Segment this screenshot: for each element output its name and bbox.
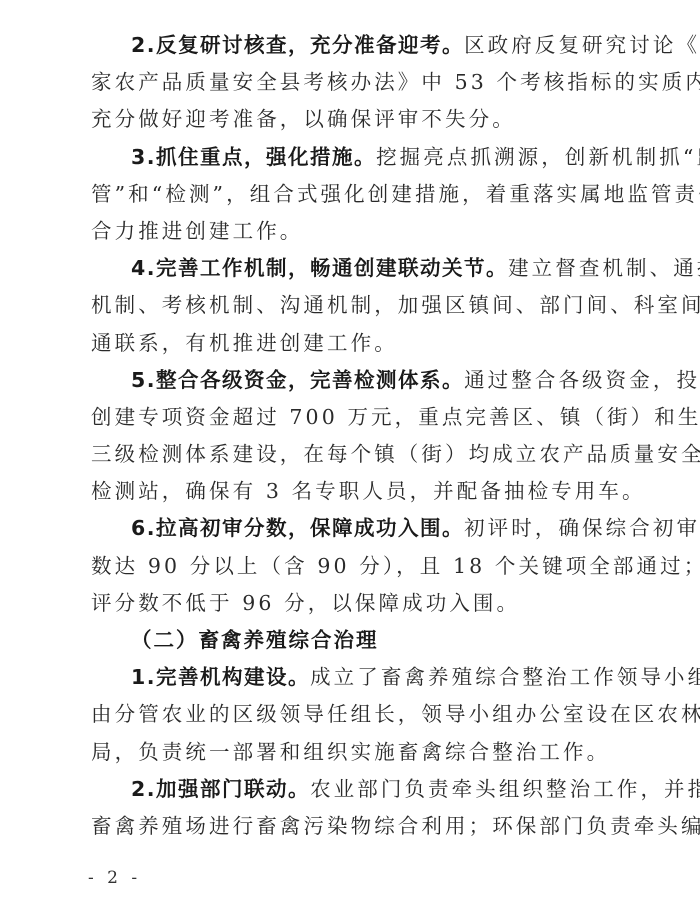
paragraph-lead: 6.拉高初审分数，保障成功入围。 (131, 516, 464, 540)
document-page: 2.反复研讨核查，充分准备迎考。区政府反复研究讨论《国 家农产品质量安全县考核办… (91, 27, 616, 845)
paragraph-lead: 5.整合各级资金，完善检测体系。 (131, 368, 464, 392)
paragraph-text: 挖掘亮点抓溯源，创新机制抓“监 (376, 145, 700, 169)
paragraph-text: 初评时，确保综合初审分 (464, 516, 700, 540)
paragraph-text: 通过整合各级资金，投入 (464, 368, 700, 392)
paragraph-lead: 4.完善工作机制，畅通创建联动关节。 (131, 256, 508, 280)
paragraph-line: 三级检测体系建设，在每个镇（街）均成立农产品质量安全监督 (91, 436, 616, 473)
paragraph-line: 合力推进创建工作。 (91, 213, 616, 250)
paragraph-line: 创建专项资金超过 700 万元，重点完善区、镇（街）和生产基地 (91, 399, 616, 436)
paragraph-lead: 3.抓住重点，强化措施。 (131, 145, 376, 169)
page-number: - 2 - (88, 868, 141, 888)
paragraph-line: 管”和“检测”，组合式强化创建措施，着重落实属地监管责任， (91, 176, 616, 213)
paragraph-line: 局，负责统一部署和组织实施畜禽综合整治工作。 (91, 734, 616, 771)
paragraph-line: 6.拉高初审分数，保障成功入围。初评时，确保综合初审分 (91, 510, 616, 547)
paragraph-line: 机制、考核机制、沟通机制，加强区镇间、部门间、科室间的沟 (91, 287, 616, 324)
section-heading: （二）畜禽养殖综合治理 (91, 622, 616, 659)
paragraph-text: 农业部门负责牵头组织整治工作，并指导 (310, 777, 700, 801)
paragraph-line: 2.加强部门联动。农业部门负责牵头组织整治工作，并指导 (91, 771, 616, 808)
paragraph-line: 由分管农业的区级领导任组长，领导小组办公室设在区农林渔业 (91, 696, 616, 733)
paragraph-line: 3.抓住重点，强化措施。挖掘亮点抓溯源，创新机制抓“监 (91, 139, 616, 176)
paragraph-line: 1.完善机构建设。成立了畜禽养殖综合整治工作领导小组， (91, 659, 616, 696)
paragraph-line: 通联系，有机推进创建工作。 (91, 325, 616, 362)
paragraph-line: 2.反复研讨核查，充分准备迎考。区政府反复研究讨论《国 (91, 27, 616, 64)
paragraph-line: 数达 90 分以上（含 90 分），且 18 个关键项全部通过；其中自 (91, 548, 616, 585)
paragraph-line: 4.完善工作机制，畅通创建联动关节。建立督查机制、通报 (91, 250, 616, 287)
paragraph-lead: 2.加强部门联动。 (131, 777, 310, 801)
paragraph-text: 建立督查机制、通报 (508, 256, 700, 280)
paragraph-text: 成立了畜禽养殖综合整治工作领导小组， (310, 665, 700, 689)
paragraph-lead: 2.反复研讨核查，充分准备迎考。 (131, 33, 464, 57)
paragraph-line: 家农产品质量安全县考核办法》中 53 个考核指标的实质内涵， (91, 64, 616, 101)
paragraph-line: 检测站，确保有 3 名专职人员，并配备抽检专用车。 (91, 473, 616, 510)
paragraph-text: 区政府反复研究讨论《国 (464, 33, 700, 57)
paragraph-line: 充分做好迎考准备，以确保评审不失分。 (91, 101, 616, 138)
paragraph-line: 畜禽养殖场进行畜禽污染物综合利用；环保部门负责牵头编制和 (91, 808, 616, 845)
paragraph-line: 评分数不低于 96 分，以保障成功入围。 (91, 585, 616, 622)
paragraph-line: 5.整合各级资金，完善检测体系。通过整合各级资金，投入 (91, 362, 616, 399)
paragraph-lead: 1.完善机构建设。 (131, 665, 310, 689)
